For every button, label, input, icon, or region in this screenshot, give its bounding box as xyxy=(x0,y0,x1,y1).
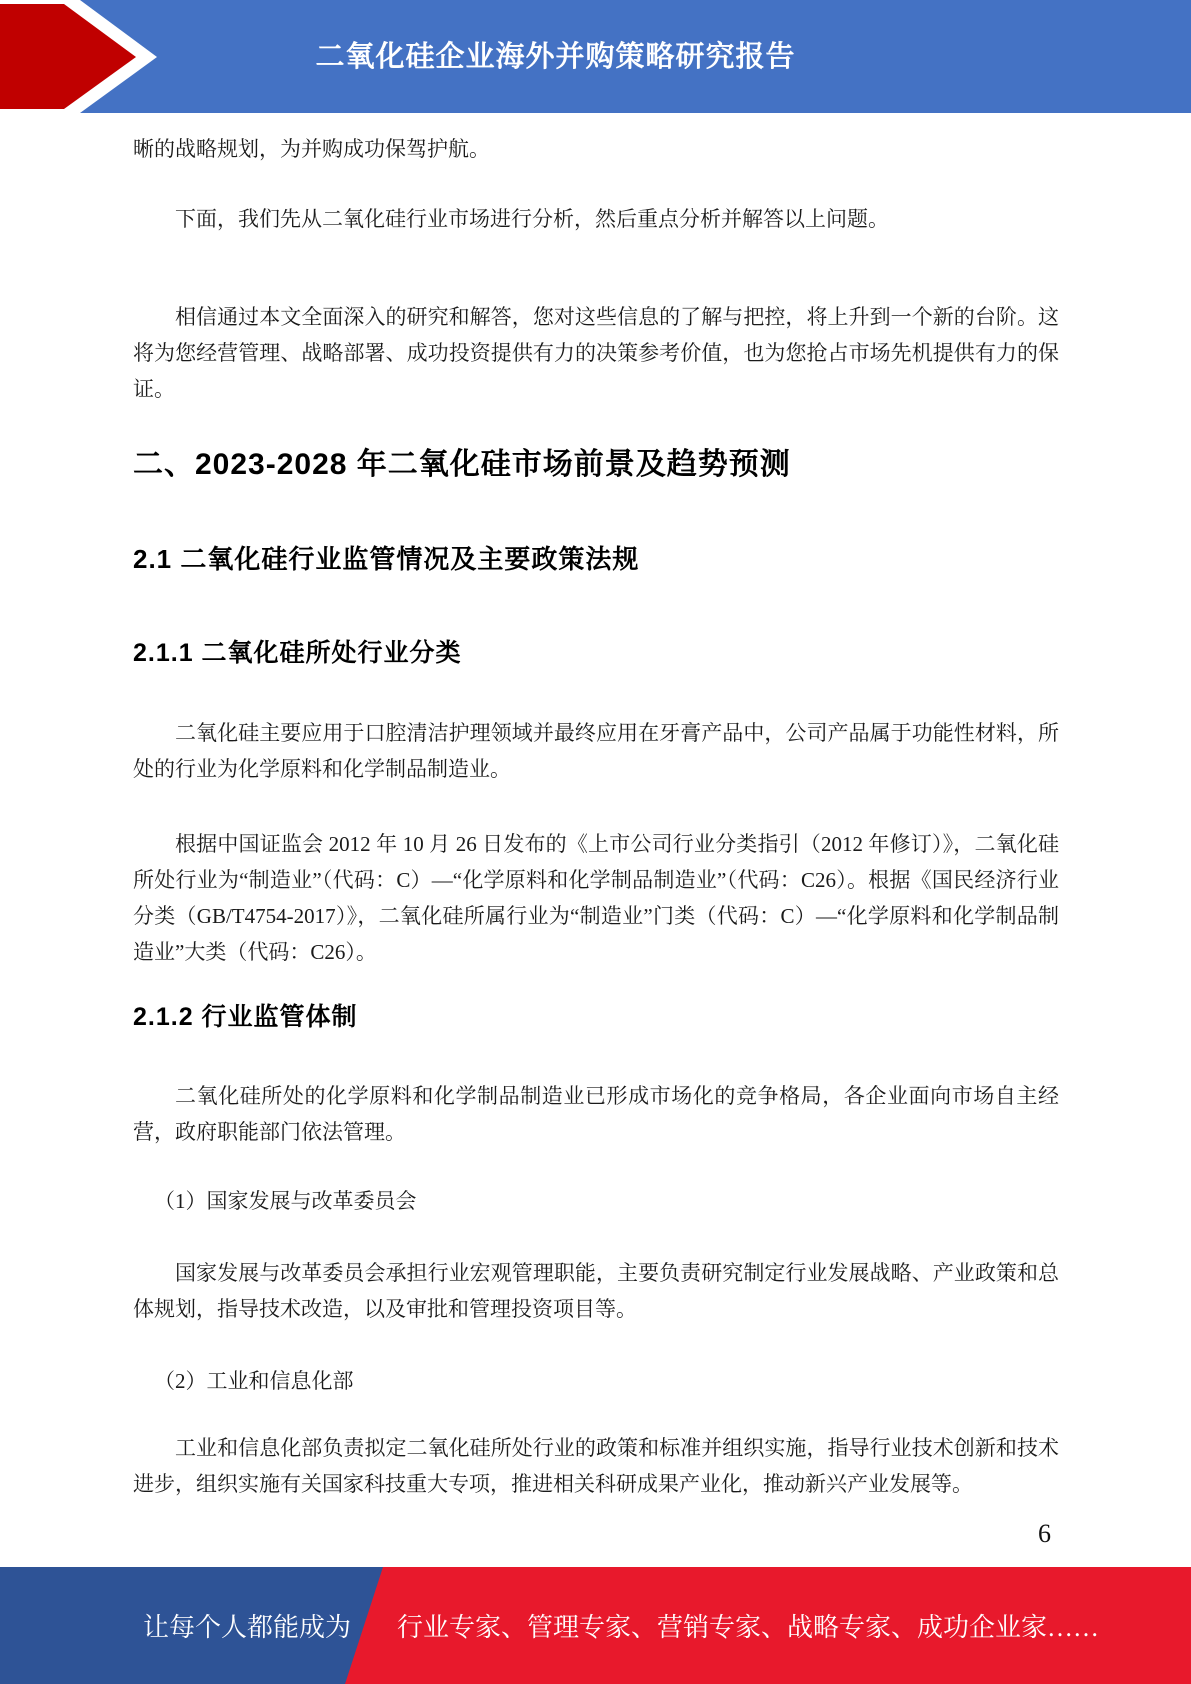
paragraph-intro: 下面，我们先从二氧化硅行业市场进行分析，然后重点分析并解答以上问题。 xyxy=(133,201,1059,237)
report-title: 二氧化硅企业海外并购策略研究报告 xyxy=(0,0,1111,108)
list-item-1-body: 国家发展与改革委员会承担行业宏观管理职能，主要负责研究制定行业发展战略、产业政策… xyxy=(133,1255,1059,1327)
heading-section-2-1: 2.1 二氧化硅行业监管情况及主要政策法规 xyxy=(133,540,1059,578)
footer-slogan-left: 让每个人都能成为 xyxy=(143,1613,351,1643)
page-number: 6 xyxy=(133,1516,1059,1552)
heading-section-2-1-1: 2.1.1 二氧化硅所处行业分类 xyxy=(133,635,1059,671)
paragraph-believe: 相信通过本文全面深入的研究和解答，您对这些信息的了解与把控，将上升到一个新的台阶… xyxy=(133,299,1059,407)
list-item-1-title: （1）国家发展与改革委员会 xyxy=(133,1183,1059,1219)
footer-banner: 让每个人都能成为 行业专家、管理专家、营销专家、战略专家、成功企业家…… xyxy=(0,1567,1191,1684)
paragraph-regulation: 二氧化硅所处的化学原料和化学制品制造业已形成市场化的竞争格局，各企业面向市场自主… xyxy=(133,1078,1059,1150)
heading-chapter-2: 二、2023-2028 年二氧化硅市场前景及趋势预测 xyxy=(133,442,1059,488)
header-banner: 二氧化硅企业海外并购策略研究报告 xyxy=(0,0,1191,113)
heading-section-2-1-2: 2.1.2 行业监管体制 xyxy=(133,999,1059,1035)
footer-slogan-right: 行业专家、管理专家、营销专家、战略专家、成功企业家…… xyxy=(397,1613,1099,1643)
paragraph-continued: 晰的战略规划，为并购成功保驾护航。 xyxy=(133,131,1059,167)
paragraph-csrc-classification: 根据中国证监会 2012 年 10 月 26 日发布的《上市公司行业分类指引（2… xyxy=(133,826,1059,970)
list-item-2-body: 工业和信息化部负责拟定二氧化硅所处行业的政策和标准并组织实施，指导行业技术创新和… xyxy=(133,1430,1059,1502)
list-item-2-title: （2）工业和信息化部 xyxy=(133,1363,1059,1399)
report-page: 二氧化硅企业海外并购策略研究报告 晰的战略规划，为并购成功保驾护航。 下面，我们… xyxy=(0,0,1191,1684)
document-body: 晰的战略规划，为并购成功保驾护航。 下面，我们先从二氧化硅行业市场进行分析，然后… xyxy=(133,113,1059,1552)
paragraph-industry-class: 二氧化硅主要应用于口腔清洁护理领域并最终应用在牙膏产品中，公司产品属于功能性材料… xyxy=(133,715,1059,787)
